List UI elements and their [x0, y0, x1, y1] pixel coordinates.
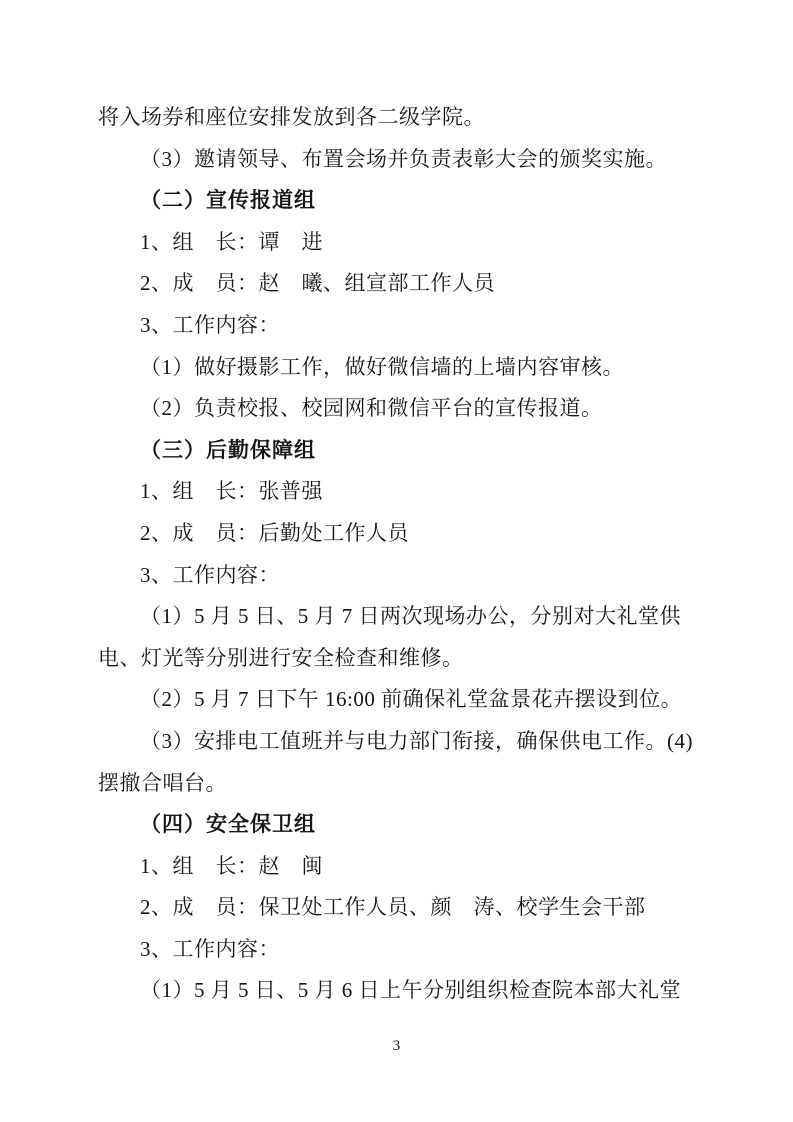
list-item-members: 2、成 员：后勤处工作人员 [98, 513, 697, 555]
list-item-work-content: 3、工作内容： [98, 555, 697, 597]
list-item-leader: 1、组 长：谭 进 [98, 222, 697, 264]
section-heading-2: （二）宣传报道组 [98, 180, 697, 222]
section-heading-4: （四）安全保卫组 [98, 804, 697, 846]
paragraph-line: （2）负责校报、校园网和微信平台的宣传报道。 [98, 388, 697, 430]
paragraph-line: （3）邀请领导、布置会场并负责表彰大会的颁奖实施。 [98, 139, 697, 181]
paragraph-line: （3）安排电工值班并与电力部门衔接，确保供电工作。(4) [98, 721, 697, 763]
list-item-leader: 1、组 长：张普强 [98, 471, 697, 513]
paragraph-line: （2）5 月 7 日下午 16:00 前确保礼堂盆景花卉摆设到位。 [98, 679, 697, 721]
list-item-work-content: 3、工作内容： [98, 929, 697, 971]
list-item-members: 2、成 员：保卫处工作人员、颜 涛、校学生会干部 [98, 887, 697, 929]
paragraph-line: （1）5 月 5 日、5 月 7 日两次现场办公，分别对大礼堂供 [98, 596, 697, 638]
document-page: 将入场券和座位安排发放到各二级学院。 （3）邀请领导、布置会场并负责表彰大会的颁… [0, 0, 793, 1122]
paragraph-line: （1）做好摄影工作，做好微信墙的上墙内容审核。 [98, 347, 697, 389]
list-item-leader: 1、组 长：赵 闽 [98, 846, 697, 888]
paragraph-continuation-line: 摆撤合唱台。 [98, 763, 697, 805]
list-item-members: 2、成 员：赵 曦、组宣部工作人员 [98, 263, 697, 305]
paragraph-continuation-line: 将入场券和座位安排发放到各二级学院。 [98, 97, 697, 139]
document-body: 将入场券和座位安排发放到各二级学院。 （3）邀请领导、布置会场并负责表彰大会的颁… [98, 97, 697, 1012]
page-number: 3 [0, 1036, 793, 1056]
paragraph-line: （1）5 月 5 日、5 月 6 日上午分别组织检查院本部大礼堂 [98, 970, 697, 1012]
list-item-work-content: 3、工作内容： [98, 305, 697, 347]
paragraph-continuation-line: 电、灯光等分别进行安全检查和维修。 [98, 638, 697, 680]
section-heading-3: （三）后勤保障组 [98, 430, 697, 472]
